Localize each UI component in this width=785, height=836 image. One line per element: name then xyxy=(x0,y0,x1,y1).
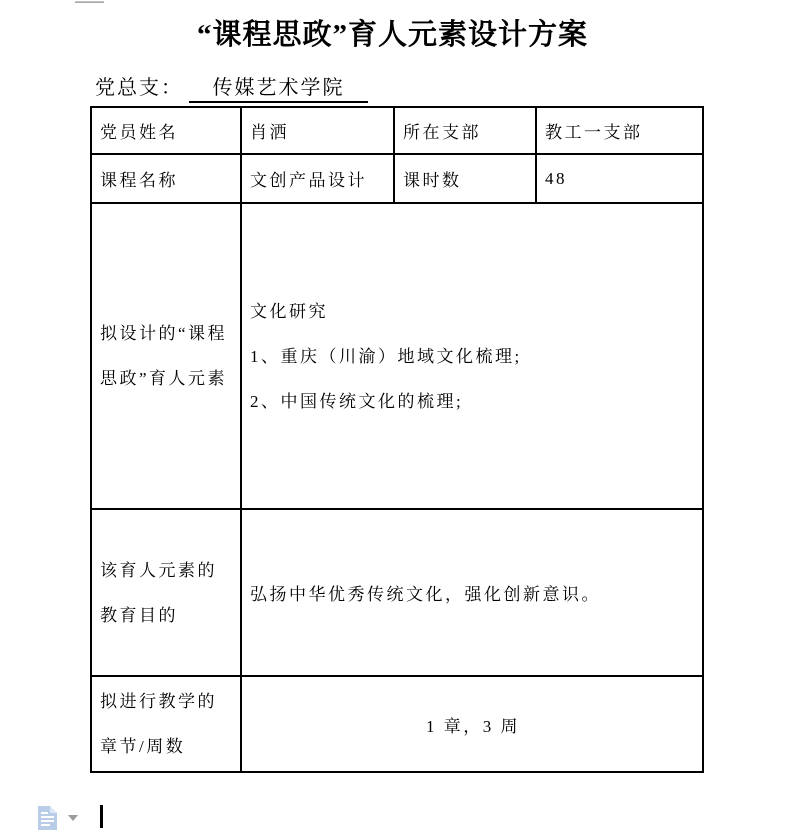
weeks-label-line: 拟进行教学的 xyxy=(100,679,234,724)
cell-course-name-label[interactable]: 课程名称 xyxy=(91,154,241,203)
cell-hours-label[interactable]: 课时数 xyxy=(394,154,536,203)
design-table: 党员姓名 肖洒 所在支部 教工一支部 课程名称 文创产品设计 课时数 48 拟设… xyxy=(90,106,704,773)
table-row: 党员姓名 肖洒 所在支部 教工一支部 xyxy=(91,107,703,154)
window-edge-fragment xyxy=(75,1,104,3)
text-caret xyxy=(100,805,103,828)
paste-options-button[interactable] xyxy=(34,802,82,832)
branch-line[interactable]: 党总支：传媒艺术学院 xyxy=(95,71,368,103)
cell-member-name-label[interactable]: 党员姓名 xyxy=(91,107,241,154)
table-row: 该育人元素的 教育目的 弘扬中华优秀传统文化，强化创新意识。 xyxy=(91,509,703,676)
purpose-label-line: 教育目的 xyxy=(100,593,234,638)
cell-branch-label[interactable]: 所在支部 xyxy=(394,107,536,154)
page-title: “课程思政”育人元素设计方案 xyxy=(0,12,785,53)
cell-weeks-label[interactable]: 拟进行教学的 章节/周数 xyxy=(91,676,241,772)
branch-label: 党总支： xyxy=(95,77,183,99)
cell-elements-label[interactable]: 拟设计的“课程 思政”育人元素 xyxy=(91,203,241,509)
elements-content-line: 文化研究 xyxy=(250,289,696,334)
chevron-down-icon[interactable] xyxy=(68,815,78,821)
cell-elements-content[interactable]: 文化研究 1、重庆（川渝）地域文化梳理; 2、中国传统文化的梳理; xyxy=(241,203,703,509)
elements-label-line: 思政”育人元素 xyxy=(100,356,234,401)
elements-label-line: 拟设计的“课程 xyxy=(100,311,234,356)
paste-options-icon xyxy=(36,804,60,832)
table-row: 拟进行教学的 章节/周数 1 章，3 周 xyxy=(91,676,703,772)
table-row: 拟设计的“课程 思政”育人元素 文化研究 1、重庆（川渝）地域文化梳理; 2、中… xyxy=(91,203,703,509)
cell-member-name-value[interactable]: 肖洒 xyxy=(241,107,394,154)
table-row: 课程名称 文创产品设计 课时数 48 xyxy=(91,154,703,203)
weeks-label-line: 章节/周数 xyxy=(100,724,234,769)
cell-course-name-value[interactable]: 文创产品设计 xyxy=(241,154,394,203)
cell-hours-value[interactable]: 48 xyxy=(536,154,703,203)
cell-purpose-label[interactable]: 该育人元素的 教育目的 xyxy=(91,509,241,676)
cell-branch-value[interactable]: 教工一支部 xyxy=(536,107,703,154)
elements-content-line: 2、中国传统文化的梳理; xyxy=(250,379,696,424)
weeks-content-text: 1 章，3 周 xyxy=(250,712,696,737)
cell-weeks-content[interactable]: 1 章，3 周 xyxy=(241,676,703,772)
elements-content-line: 1、重庆（川渝）地域文化梳理; xyxy=(250,334,696,379)
branch-value-underline[interactable]: 传媒艺术学院 xyxy=(189,71,368,103)
cell-purpose-content[interactable]: 弘扬中华优秀传统文化，强化创新意识。 xyxy=(241,509,703,676)
purpose-label-line: 该育人元素的 xyxy=(100,548,234,593)
